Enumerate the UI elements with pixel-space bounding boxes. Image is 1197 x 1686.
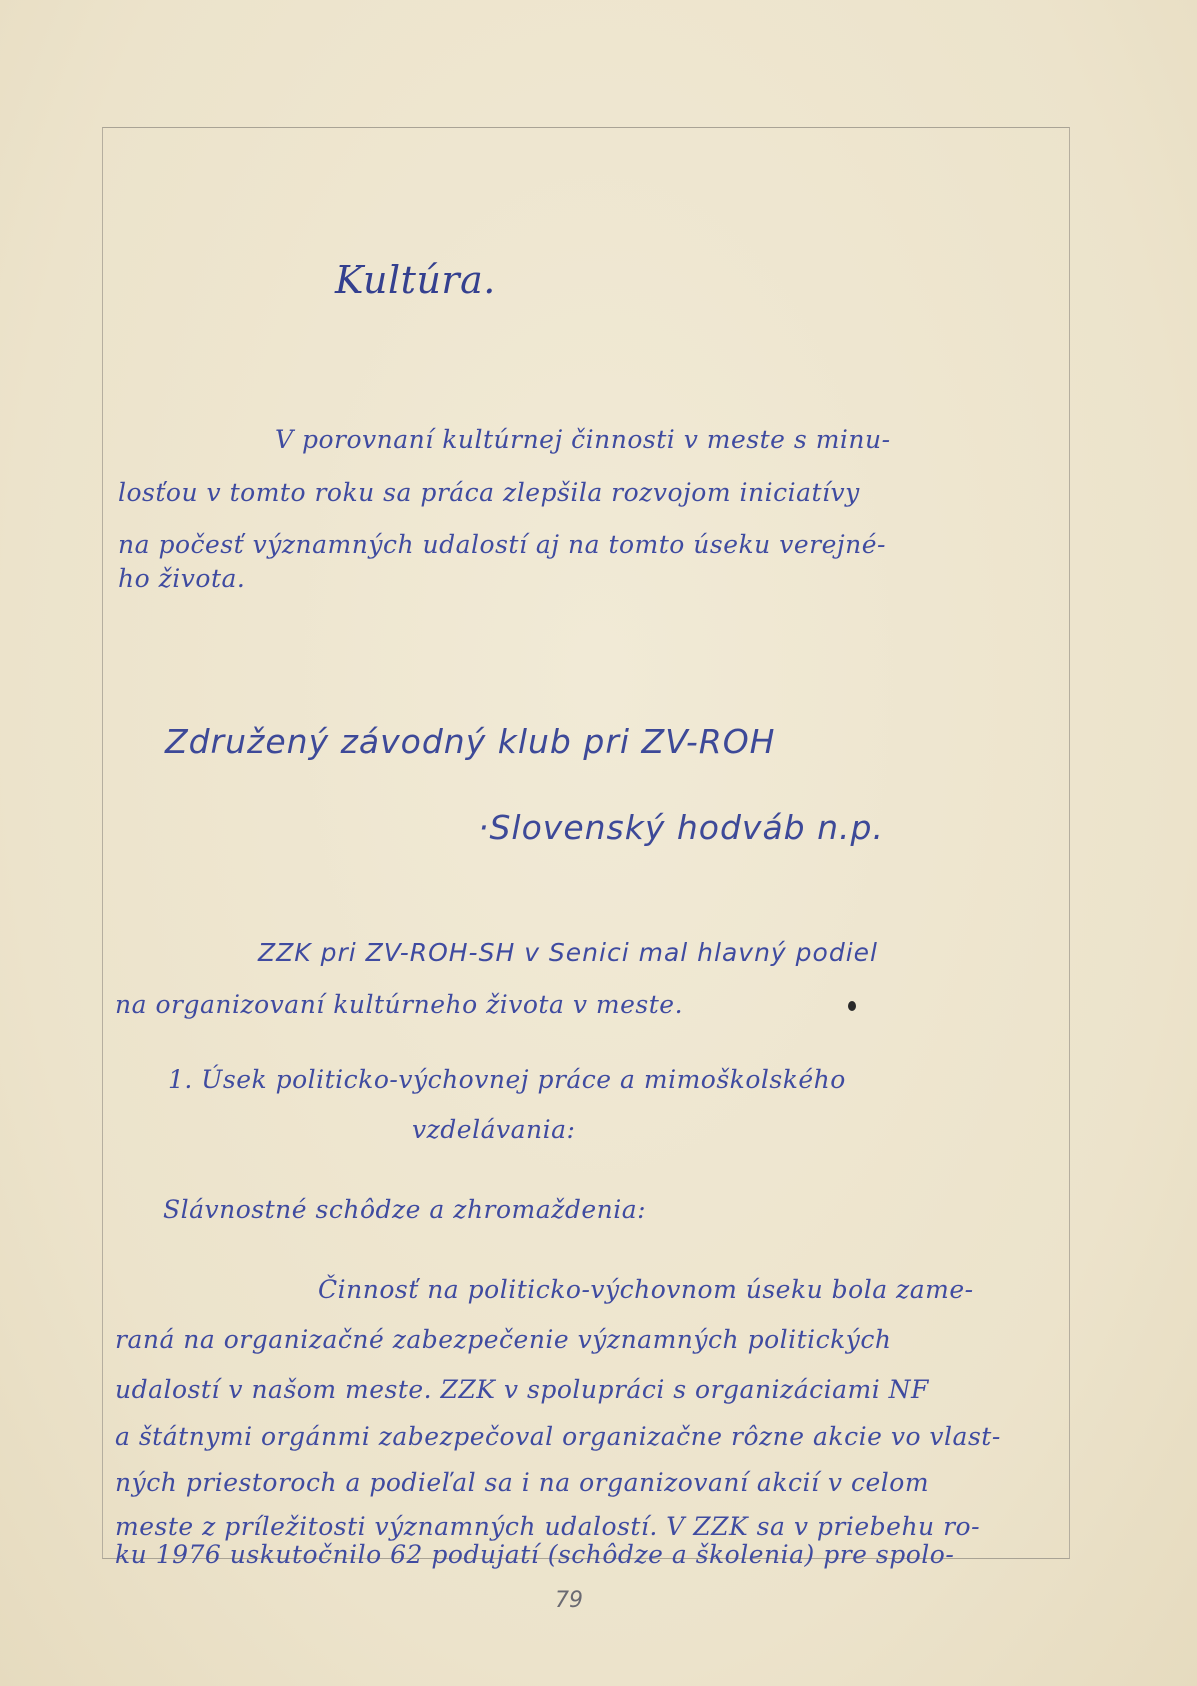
zzk-line-1: ZZK pri ZV-ROH-SH v Senici mal hlavný po… (258, 938, 878, 967)
club-heading-line-2: ·Slovenský hodváb n.p. (478, 808, 884, 847)
ink-blot (848, 1001, 856, 1011)
page-number: 79 (555, 1588, 583, 1613)
section-1-line-1: 1. Úsek politicko-výchovnej práce a mimo… (168, 1065, 846, 1094)
activity-line-2: raná na organizačné zabezpečenie významn… (115, 1325, 892, 1354)
activity-line-3: udalostí v našom meste. ZZK v spolupráci… (115, 1375, 929, 1404)
intro-line-1: V porovnaní kultúrnej činnosti v meste s… (275, 425, 891, 454)
intro-line-3: na počesť významných udalostí aj na tomt… (118, 530, 886, 559)
zzk-line-2: na organizovaní kultúrneho života v mest… (115, 990, 683, 1019)
activity-line-4: a štátnymi orgánmi zabezpečoval organiza… (115, 1422, 1001, 1451)
page-title: Kultúra. (335, 258, 496, 302)
activity-line-6: meste z príležitosti významných udalostí… (115, 1512, 980, 1541)
club-heading-line-1: Združený závodný klub pri ZV-ROH (165, 722, 775, 761)
intro-line-2: losťou v tomto roku sa práca zlepšila ro… (118, 478, 860, 507)
intro-line-4: ho života. (118, 564, 245, 593)
activity-line-1: Činnosť na politicko-výchovnom úseku bol… (318, 1275, 974, 1304)
activity-line-5: ných priestoroch a podieľal sa i na orga… (115, 1468, 929, 1497)
subsection-heading: Slávnostné schôdze a zhromaždenia: (163, 1195, 646, 1224)
document-page: Kultúra. V porovnaní kultúrnej činnosti … (0, 0, 1197, 1686)
activity-line-7: ku 1976 uskutočnilo 62 podujatí (schôdze… (115, 1540, 954, 1569)
section-1-line-2: vzdelávania: (412, 1115, 575, 1144)
